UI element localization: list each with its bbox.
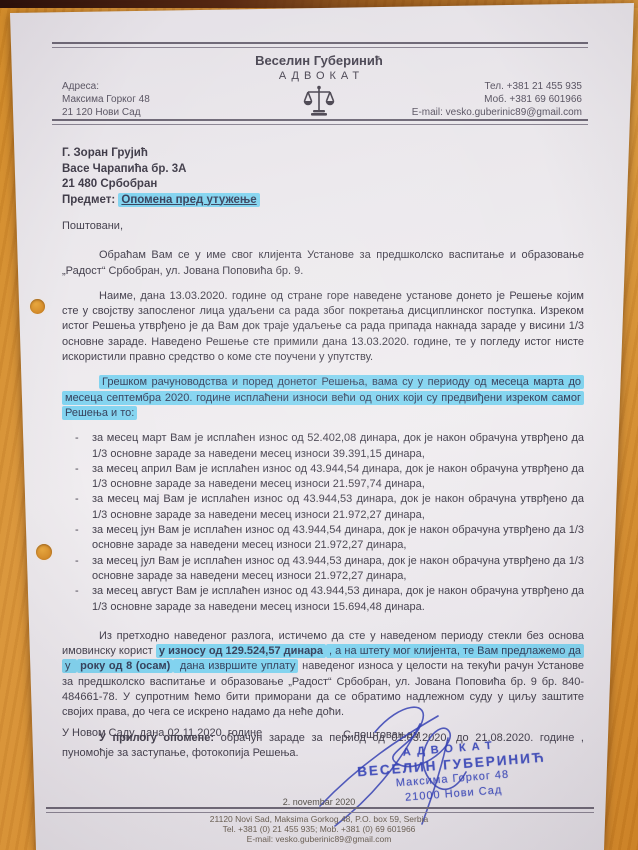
bullet-dash: - xyxy=(75,431,79,446)
lawyer-name: Веселин Губеринић xyxy=(0,53,638,68)
paragraph-facts: Наиме, дана 13.03.2020. године од стране… xyxy=(62,289,584,365)
list-item-may: -за месец мај Вам је исплаћен износ од 4… xyxy=(62,492,584,523)
list-item-august: -за месец август Вам је исплаћен износ о… xyxy=(62,584,584,615)
list-item-text: за месец април Вам је исплаћен износ од … xyxy=(92,463,584,490)
email-address: E-mail: vesko.guberinic89@gmail.com xyxy=(412,106,582,119)
letter-document: Веселин Губеринић АДВОКАТ Адреса: Максим… xyxy=(0,0,638,850)
paragraph-intro: Обраћам Вам се у име свог клијента Устан… xyxy=(62,248,584,279)
address-city: 21 120 Нови Сад xyxy=(62,106,150,119)
list-item-text: за месец март Вам је исплаћен износ од 5… xyxy=(92,432,584,459)
subject-highlighted: Опомена пред утужење xyxy=(118,193,259,207)
address-label: Адреса: xyxy=(62,80,150,93)
punch-hole-top xyxy=(30,299,45,314)
list-item-text: за месец јун Вам је исплаћен износ од 43… xyxy=(92,524,584,551)
footer-rule xyxy=(46,807,594,813)
footer-email: E-mail: vesko.guberinic89@gmail.com xyxy=(0,834,638,844)
place-and-date: У Новом Саду, дана 02.11.2020. године xyxy=(62,726,262,741)
mobile-number: Моб. +381 69 601966 xyxy=(412,93,582,106)
address-street: Максима Горког 48 xyxy=(62,93,150,106)
punch-hole-bottom xyxy=(36,544,52,560)
phone-number: Тел. +381 21 455 935 xyxy=(412,80,582,93)
highlighted-amount: у износу од 129.524,57 динара xyxy=(156,644,326,658)
list-item-april: -за месец април Вам је исплаћен износ од… xyxy=(62,462,584,493)
paragraph-error: Грешком рачуноводства и поред донетог Ре… xyxy=(62,375,584,421)
footer-address: 21120 Novi Sad, Maksima Gorkog 48, P.O. … xyxy=(0,814,638,824)
bullet-dash: - xyxy=(75,584,79,599)
payment-list: -за месец март Вам је исплаћен износ од … xyxy=(62,431,584,615)
highlighted-error-statement: Грешком рачуноводства и поред донетог Ре… xyxy=(62,375,584,420)
letter-body: Поштовани, Обраћам Вам се у име свог кли… xyxy=(62,219,584,771)
letterhead-top-rule xyxy=(52,42,588,48)
recipient-name: Г. Зоран Грујић xyxy=(62,146,260,162)
footer-phones: Tel. +381 (0) 21 455 935; Mob. +381 (0) … xyxy=(0,824,638,834)
closing-regards: С поштовањем xyxy=(343,728,420,743)
paragraph-demand: Из претходно наведеног разлога, истичемо… xyxy=(62,629,584,721)
list-item-july: -за месец јул Вам је исплаћен износ од 4… xyxy=(62,554,584,585)
highlighted-payment: дана извршите уплату xyxy=(173,659,298,673)
salutation: Поштовани, xyxy=(62,219,584,234)
recipient-city: 21 480 Србобран xyxy=(62,177,260,193)
letterhead-contact: Тел. +381 21 455 935 Моб. +381 69 601966… xyxy=(412,80,582,119)
bullet-dash: - xyxy=(75,462,79,477)
bullet-dash: - xyxy=(75,554,79,569)
letterhead-address: Адреса: Максима Горког 48 21 120 Нови Са… xyxy=(62,80,150,119)
recipient-street: Васе Чарапића бр. 3А xyxy=(62,162,260,178)
list-item-text: за месец јул Вам је исплаћен износ од 43… xyxy=(92,555,584,582)
footer-contact: 21120 Novi Sad, Maksima Gorkog 48, P.O. … xyxy=(0,814,638,844)
highlighted-deadline: року од 8 (осам) xyxy=(77,659,173,673)
subject-line: Предмет: Опомена пред утужење xyxy=(62,193,260,209)
subject-label: Предмет: xyxy=(62,194,115,206)
bullet-dash: - xyxy=(75,492,79,507)
list-item-text: за месец мај Вам је исплаћен износ од 43… xyxy=(92,493,584,520)
recipient-block: Г. Зоран Грујић Васе Чарапића бр. 3А 21 … xyxy=(62,146,260,208)
paper-wrapper: Веселин Губеринић АДВОКАТ Адреса: Максим… xyxy=(0,0,638,850)
bullet-dash: - xyxy=(75,523,79,538)
list-item-text: за месец август Вам је исплаћен износ од… xyxy=(92,585,584,612)
scales-of-justice-icon xyxy=(302,84,336,123)
list-item-june: -за месец јун Вам је исплаћен износ од 4… xyxy=(62,523,584,554)
desk-photo: { "letterhead": { "name": "Веселин Губер… xyxy=(0,0,638,850)
list-item-march: -за месец март Вам је исплаћен износ од … xyxy=(62,431,584,462)
letterhead-bottom-rule xyxy=(52,119,588,125)
